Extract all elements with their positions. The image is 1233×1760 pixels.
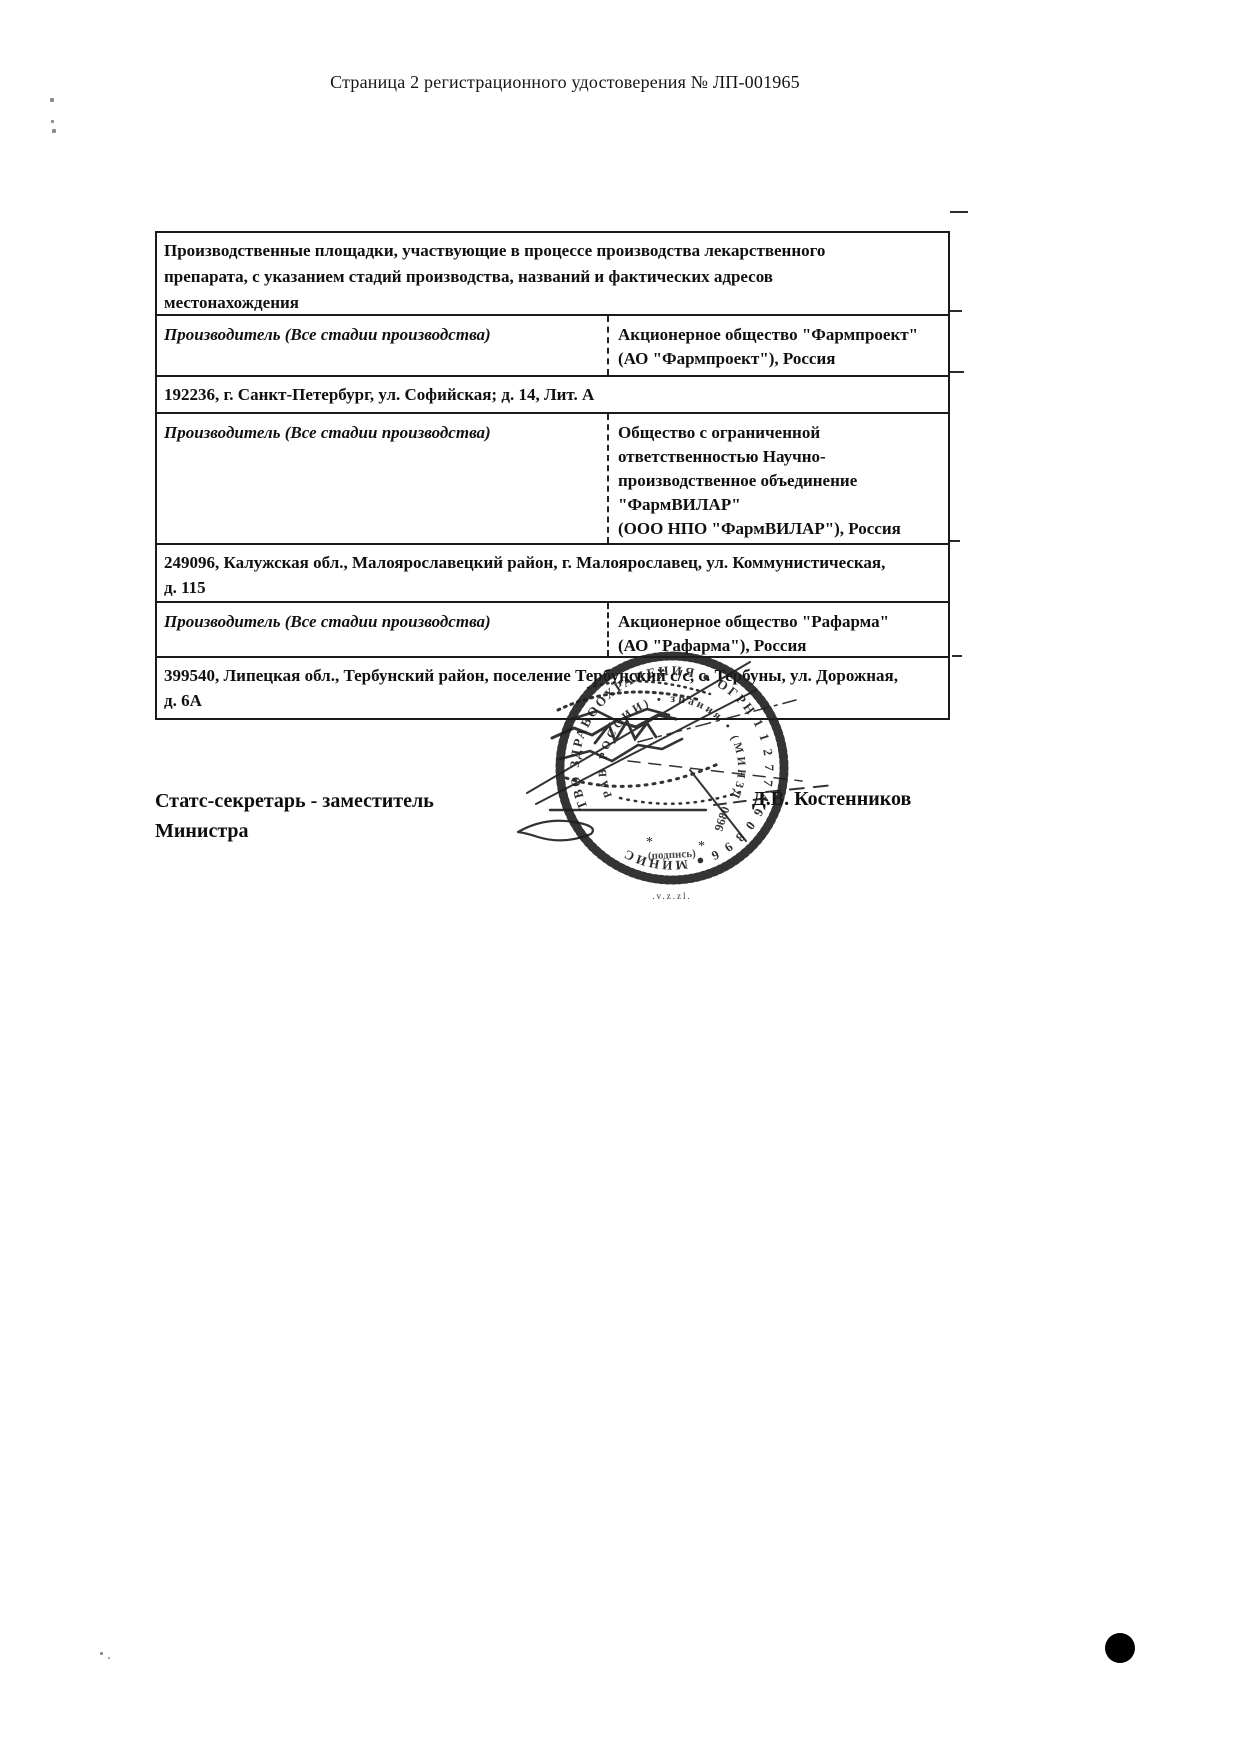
table-row-producer-2: Производитель (Все стадии производства) … — [157, 412, 948, 543]
punch-hole-dot — [1105, 1633, 1135, 1663]
producer-label: Производитель (Все стадии производства) — [157, 316, 609, 375]
scan-speck — [51, 120, 54, 123]
signatory-title-line: Статс-секретарь - заместитель — [155, 786, 495, 816]
table-header-cell: Производственные площадки, участвующие в… — [157, 233, 948, 314]
signatory-title: Статс-секретарь - заместитель Министра — [155, 786, 495, 846]
address-line: 249096, Калужская обл., Малоярославецкий… — [164, 550, 940, 575]
scan-speck — [108, 1657, 110, 1659]
table-header-line: местонахождения — [164, 290, 940, 316]
scan-border-tick — [950, 310, 962, 312]
seal-asterisk: * — [698, 839, 705, 854]
table-row-producer-1: Производитель (Все стадии производства) … — [157, 314, 948, 375]
scan-speck — [52, 129, 56, 133]
seal-asterisk: * — [646, 835, 653, 850]
table-header-line: препарата, с указанием стадий производст… — [164, 264, 940, 290]
producer-value-line: "ФармВИЛАР" — [618, 493, 942, 517]
producer-value-line: ответственностью Научно- — [618, 445, 942, 469]
address-line: 192236, г. Санкт-Петербург, ул. Софийска… — [164, 382, 940, 407]
address-line: д. 115 — [164, 575, 940, 600]
signature-caption: (подпись) — [648, 848, 697, 863]
seal-outer-arc-text: ТВО ЗДРАВООХРАНЕНИЯ ● ОГРН 1 1 2 7 7 4 6… — [532, 628, 811, 907]
producer-value-line: (АО "Фармпроект"), Россия — [618, 347, 942, 371]
producer-label: Производитель (Все стадии производства) — [157, 414, 609, 543]
producer-value-line: производственное объединение — [618, 469, 942, 493]
producer-value-line: (ООО НПО "ФармВИЛАР"), Россия — [618, 517, 942, 541]
producer-value: Акционерное общество "Фармпроект" (АО "Ф… — [609, 316, 948, 375]
official-seal-stamp: ТВО ЗДРАВООХРАНЕНИЯ ● ОГРН 1 1 2 7 7 4 6… — [500, 618, 860, 918]
scan-speck — [100, 1652, 103, 1655]
table-row-address-1: 192236, г. Санкт-Петербург, ул. Софийска… — [157, 375, 948, 412]
producer-value-line: Акционерное общество "Фармпроект" — [618, 323, 942, 347]
table-header-line: Производственные площадки, участвующие в… — [164, 238, 940, 264]
producer-value-line: Общество с ограниченной — [618, 421, 942, 445]
seal-bottom-marks: .v.z.zl. — [652, 891, 691, 901]
document-page: Страница 2 регистрационного удостоверени… — [0, 0, 1233, 1760]
scan-border-tick — [952, 655, 962, 657]
scan-border-tick — [950, 540, 960, 542]
producer-value: Общество с ограниченной ответственностью… — [609, 414, 948, 543]
scan-speck — [50, 98, 54, 102]
scan-border-tick — [950, 211, 968, 213]
scan-border-tick — [950, 371, 964, 373]
signatory-title-line: Министра — [155, 816, 495, 846]
page-header: Страница 2 регистрационного удостоверени… — [155, 72, 975, 93]
table-row-address-2: 249096, Калужская обл., Малоярославецкий… — [157, 543, 948, 601]
